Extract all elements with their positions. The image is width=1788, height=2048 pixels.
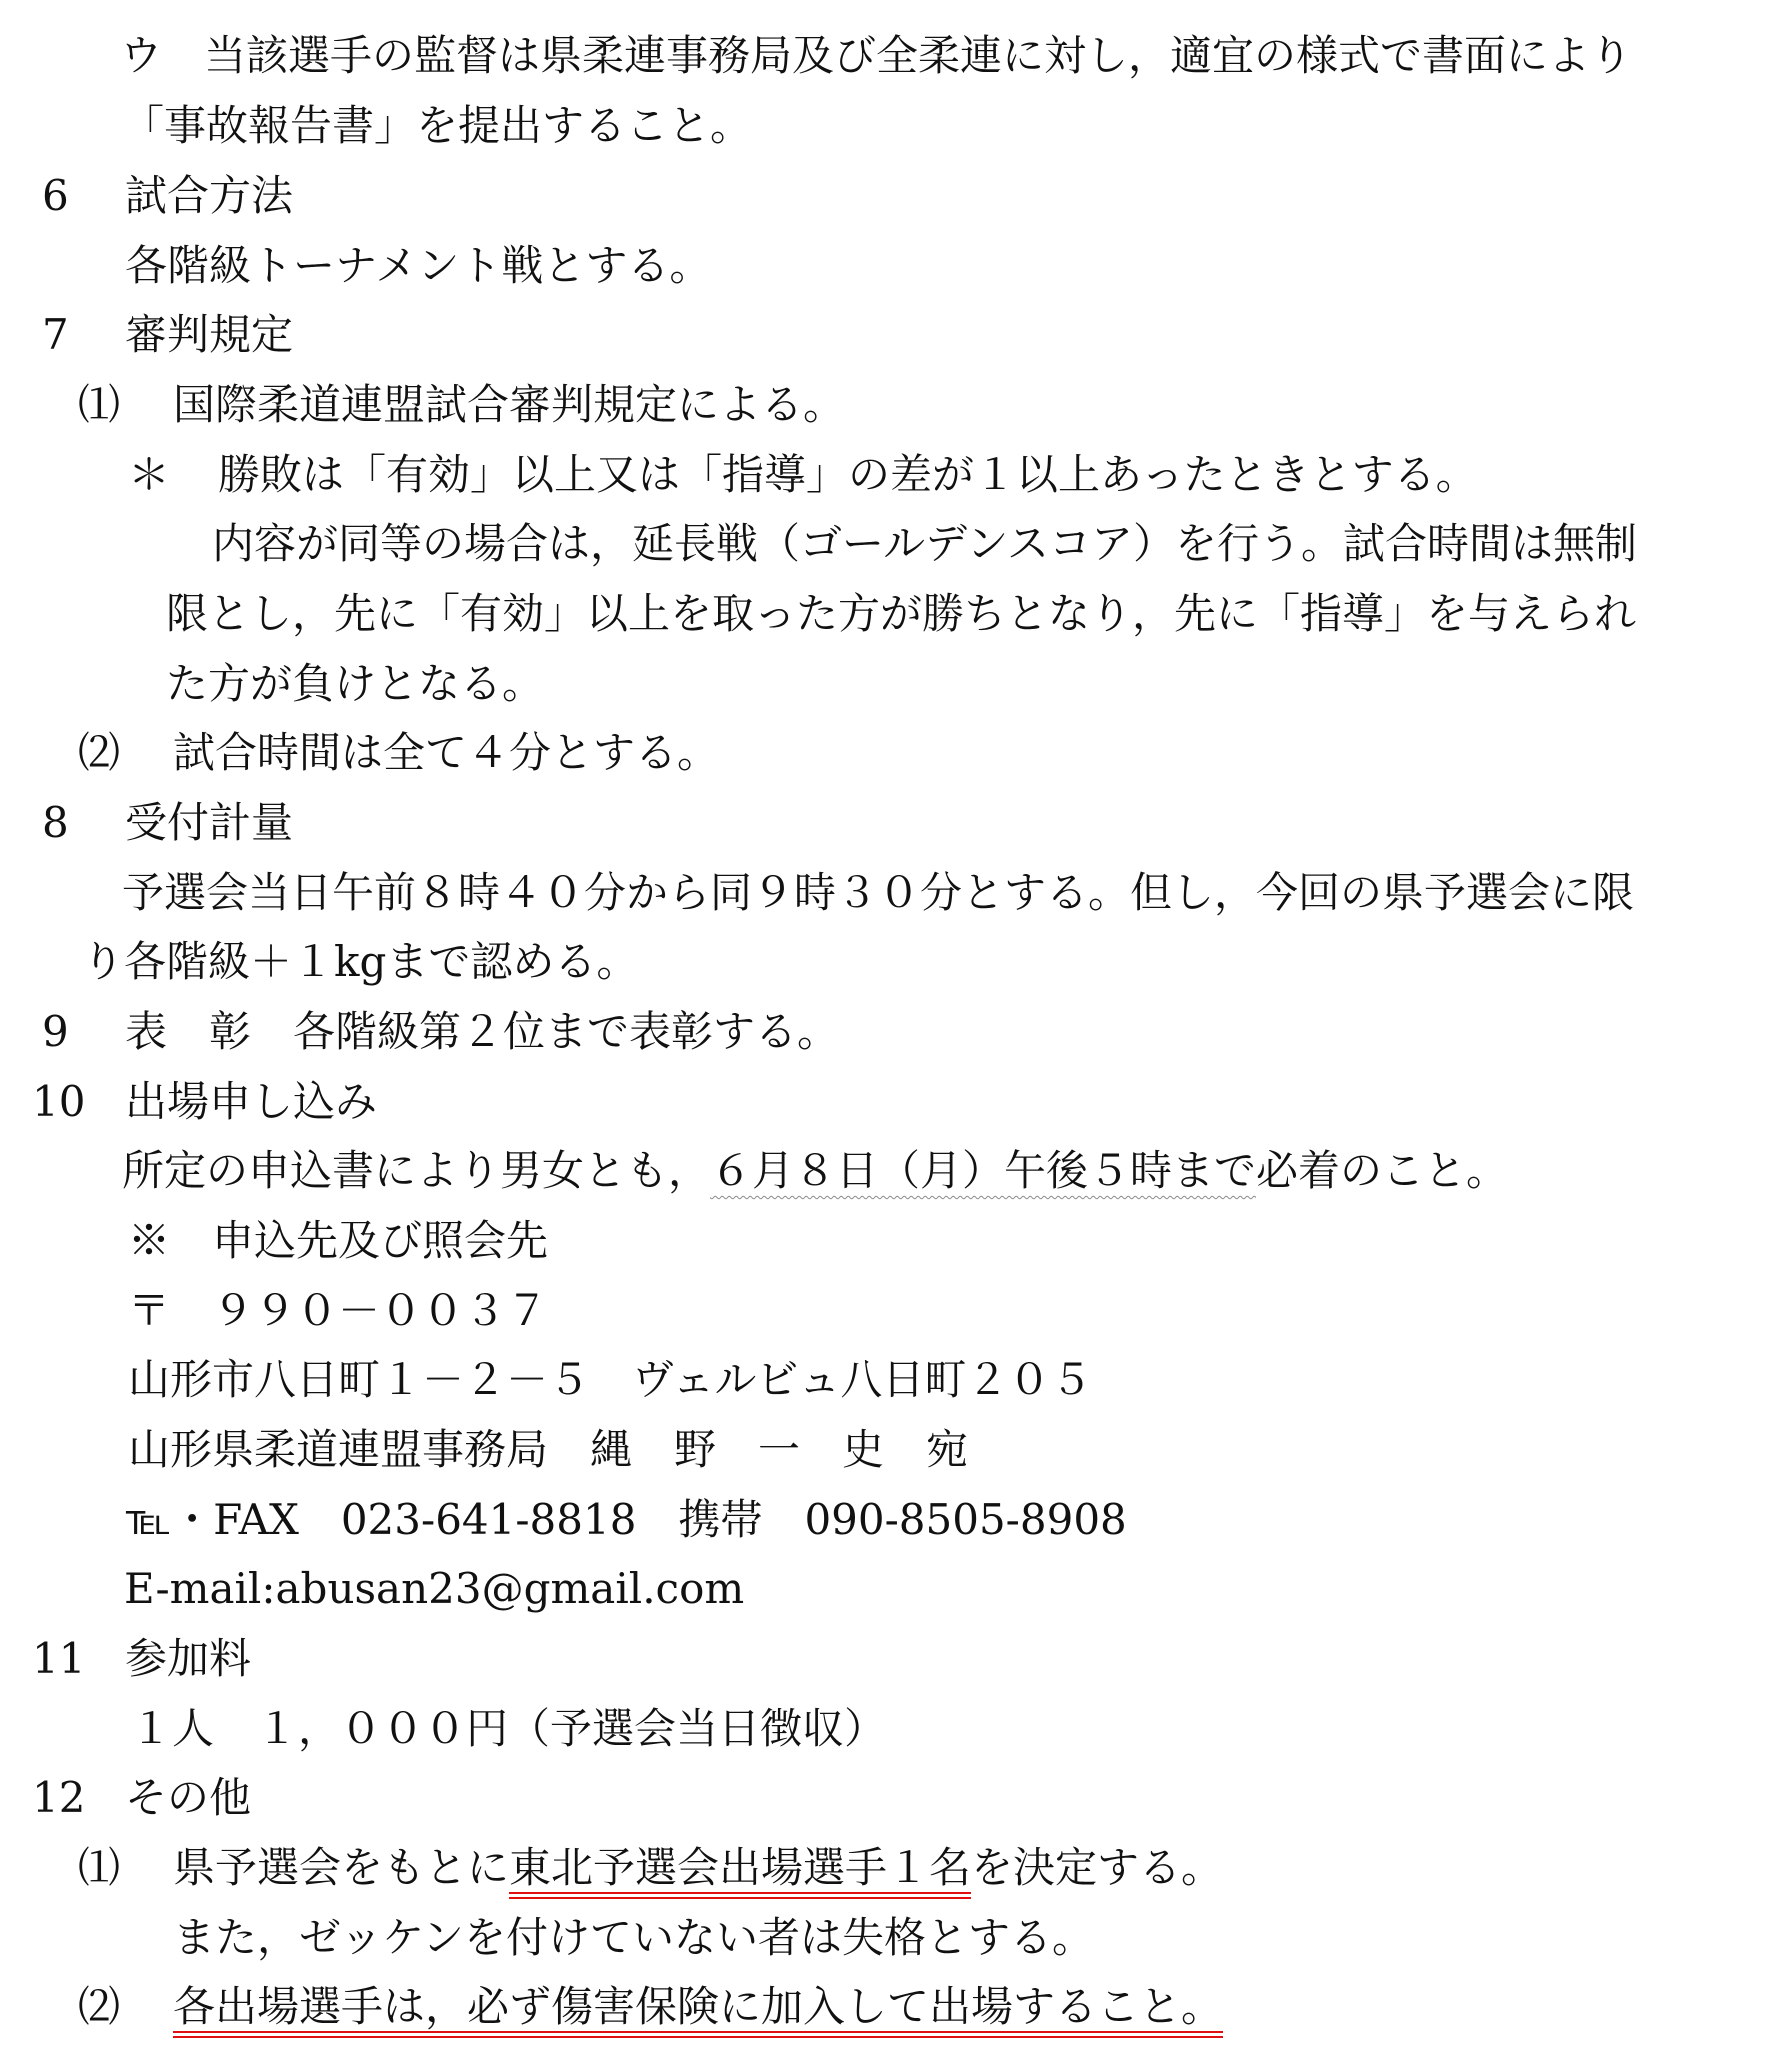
section-number: 9: [42, 1004, 69, 1060]
section-number: ＊: [128, 447, 170, 503]
text-line: 表 彰 各階級第２位まで表彰する。: [125, 1004, 839, 1060]
text-line: り各階級＋１kgまで認める。: [82, 934, 638, 990]
text-line: 〒 ９９０－００３７: [128, 1283, 548, 1339]
text-line: 山形県柔道連盟事務局 縄 野 一 史 宛: [128, 1422, 968, 1478]
text-line: 「事故報告書」を提出すること。: [122, 98, 752, 154]
text-line: 国際柔道連盟試合審判規定による。: [173, 377, 845, 433]
text-line: ※ 申込先及び照会先: [128, 1213, 548, 1269]
section-number: ⑵: [78, 725, 120, 781]
text-line: その他: [125, 1770, 251, 1826]
underlined-emphasis: 各出場選手は，必ず傷害保険に加入して出場すること。: [173, 1982, 1223, 2038]
section-number: 11: [32, 1631, 85, 1687]
text-line: 試合方法: [125, 168, 293, 224]
section-number: 8: [42, 795, 69, 851]
text-line: E-mail:abusan23@gmail.com: [124, 1561, 744, 1617]
underlined-emphasis: 東北予選会出場選手１名: [509, 1843, 971, 1899]
text-line: また，ゼッケンを付けていない者は失格とする。: [173, 1910, 1094, 1966]
text-line: 所定の申込書により男女とも，６月８日（月）午後５時まで必着のこと。: [122, 1143, 1508, 1199]
text-line: 県予選会をもとに東北予選会出場選手１名を決定する。: [173, 1840, 1223, 1896]
text-line: た方が負けとなる。: [166, 656, 544, 712]
text-line: 内容が同等の場合は，延長戦（ゴールデンスコア）を行う。試合時間は無制: [212, 516, 1637, 572]
section-number: 7: [42, 307, 69, 363]
section-number: ⑴: [78, 377, 120, 433]
text-line: １人 １，０００円（予選会当日徴収）: [130, 1701, 886, 1757]
text-segment: 県予選会をもとに: [173, 1843, 509, 1892]
text-line: ℡・FAX 023-641-8818 携帯 090-8505-8908: [126, 1492, 1127, 1548]
section-number: 12: [32, 1770, 85, 1826]
text-line: 限とし，先に「有効」以上を取った方が勝ちとなり，先に「指導」を与えられ: [166, 586, 1636, 642]
text-line: 受付計量: [125, 795, 293, 851]
text-line: 各出場選手は，必ず傷害保険に加入して出場すること。: [173, 1979, 1223, 2035]
text-line: ウ 当該選手の監督は県柔連事務局及び全柔連に対し，適宜の様式で書面により: [120, 28, 1632, 84]
text-line: 各階級トーナメント戦とする。: [125, 238, 711, 294]
text-line: 参加料: [125, 1631, 251, 1687]
text-line: 山形市八日町１－２－５ ヴェルビュ八日町２０５: [128, 1352, 1092, 1408]
text-segment: 必着のこと。: [1256, 1146, 1508, 1195]
text-line: 予選会当日午前８時４０分から同９時３０分とする。但し，今回の県予選会に限: [122, 865, 1634, 921]
section-number: 10: [32, 1074, 85, 1130]
section-number: 6: [42, 168, 69, 224]
text-line: 出場申し込み: [125, 1074, 377, 1130]
text-line: 試合時間は全て４分とする。: [173, 725, 719, 781]
text-line: 審判規定: [125, 307, 293, 363]
text-segment: を決定する。: [971, 1843, 1223, 1892]
underlined-emphasis: ６月８日（月）午後５時まで: [710, 1146, 1256, 1195]
text-segment: 所定の申込書により男女とも，: [122, 1146, 710, 1195]
section-number: ⑴: [78, 1840, 120, 1896]
section-number: ⑵: [78, 1979, 120, 2035]
text-line: 勝敗は「有効」以上又は「指導」の差が１以上あったときとする。: [218, 447, 1478, 503]
